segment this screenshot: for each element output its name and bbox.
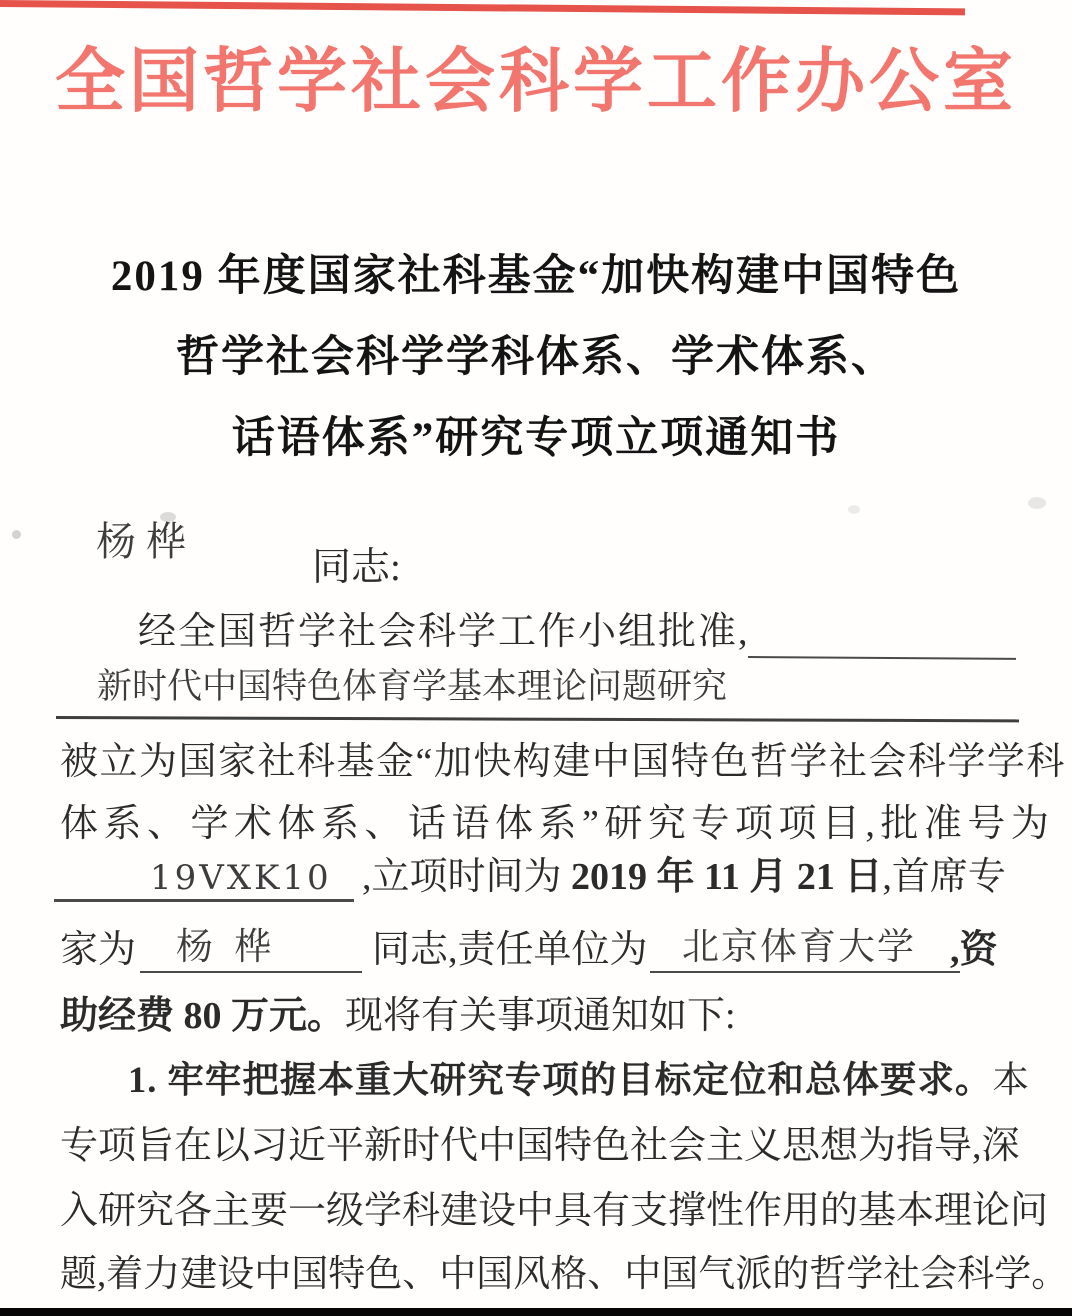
body-line-3: ,立项时间为 2019 年 11 月 21 日,首席专 (362, 855, 1006, 900)
approval-number: 19VXK10 (150, 858, 332, 898)
body-line-4-middle: 同志,责任单位为 (372, 928, 648, 973)
approval-date: 2019 年 11 月 21 日 (571, 856, 882, 898)
item-1-line-3: 入研究各主要一级学科建设中具有支撑性作用的基本理论问 (60, 1189, 1048, 1234)
body-line-4-prefix: 家为 (60, 928, 136, 973)
scan-speck (848, 505, 860, 514)
body-line-4-suffix: ,资 (950, 928, 998, 973)
org-header-title: 全国哲学社会科学工作办公室 (0, 42, 1072, 125)
salutation-suffix: 同志: (312, 545, 401, 591)
doc-title-line-3: 话语体系”研究专项立项通知书 (0, 414, 1072, 465)
item-1-line-4: 题,着力建设中国特色、中国风格、中国气派的哲学社会科学。 (60, 1253, 1068, 1297)
item-1-line-1: 1.牢牢把握本重大研究专项的目标定位和总体要求。本 (128, 1058, 1030, 1101)
item-1-number: 1. (128, 1059, 157, 1100)
recipient-name: 杨 桦 (96, 518, 186, 565)
item-1-line-1-rest: 本 (992, 1059, 1030, 1100)
body-line-5: 助经费 80 万元。现将有关事项通知如下: (60, 994, 736, 1039)
header-rule (0, 0, 965, 15)
scan-speck (12, 530, 21, 539)
doc-title-line-1: 2019 年度国家社科基金“加快构建中国特色 (0, 252, 1072, 303)
item-1-heading: 牢牢把握本重大研究专项的目标定位和总体要求。 (167, 1059, 992, 1100)
line5-rest: 现将有关事项通知如下: (345, 995, 736, 1037)
body-line-1: 被立为国家社科基金“加快构建中国特色哲学社会科学学科 (60, 740, 1066, 785)
body-intro-line: 经全国哲学社会科学工作小组批准, (138, 610, 750, 655)
project-title: 新时代中国特色体育学基本理论问题研究 (97, 666, 727, 707)
responsible-institution: 北京体育大学 (682, 926, 916, 970)
blank-underline-approval (54, 899, 354, 902)
blank-underline-project (56, 716, 1019, 722)
blank-underline-chief (140, 971, 362, 973)
funding-amount: 助经费 80 万元。 (60, 995, 345, 1037)
line3-suffix: ,首席专 (882, 856, 1006, 898)
item-1-line-2: 专项旨在以习近平新时代中国特色社会主义思想为指导,深 (60, 1124, 1020, 1169)
scan-edge-bar (0, 1308, 1072, 1316)
scan-speck (1028, 497, 1046, 509)
body-line-2: 体系、学术体系、话语体系”研究专项项目,批准号为 (60, 802, 1054, 847)
blank-underline-intro (748, 656, 1016, 660)
line3-prefix: ,立项时间为 (362, 856, 571, 898)
blank-underline-institution (650, 971, 960, 973)
scanned-document-page: 全国哲学社会科学工作办公室 2019 年度国家社科基金“加快构建中国特色 哲学社… (0, 0, 1072, 1316)
chief-expert-name: 杨 桦 (176, 926, 277, 970)
doc-title-line-2: 哲学社会科学学科体系、学术体系、 (0, 333, 1072, 384)
